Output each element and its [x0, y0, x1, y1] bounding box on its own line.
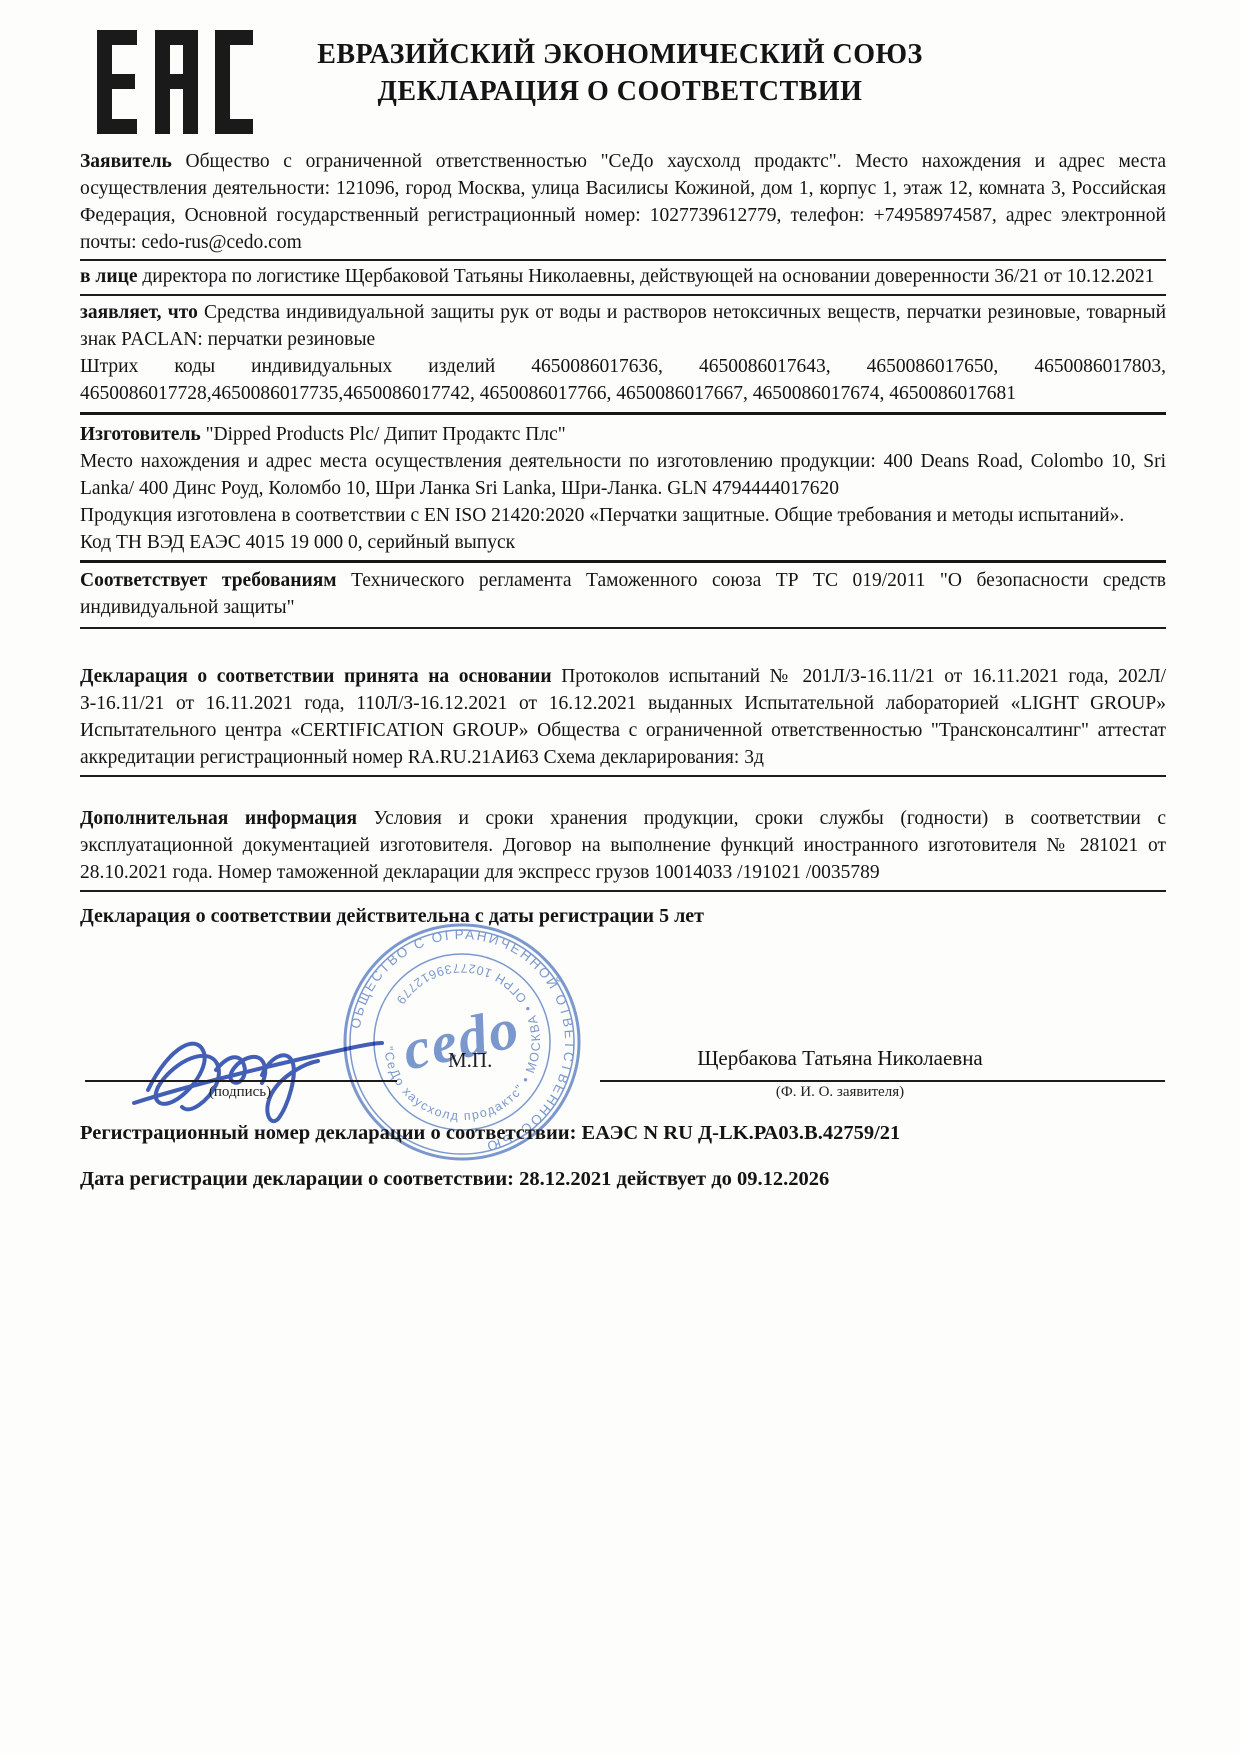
title-union: ЕВРАЗИЙСКИЙ ЭКОНОМИЧЕСКИЙ СОЮЗ [0, 36, 1240, 73]
stamp-center-logo: cedo [397, 995, 525, 1083]
manufacturer-address: Место нахождения и адрес места осуществл… [80, 448, 1166, 502]
spacer [80, 629, 1166, 663]
svg-text:"СеДо хаусхолд продактс" • МОС: "СеДо хаусхолд продактс" • МОСКВА • ОГРН… [381, 961, 543, 1123]
fio-line [600, 1080, 1165, 1082]
manufacturer-label: Изготовитель [80, 424, 201, 445]
section-manufacturer: Изготовитель "Dipped Products Plc/ Дипит… [80, 415, 1166, 563]
section-applicant: Заявитель Общество с ограниченной ответс… [80, 148, 1166, 261]
stamp-inner-text: "СеДо хаусхолд продактс" • МОСКВА • ОГРН… [381, 961, 543, 1123]
applicant-text: Общество с ограниченной ответственностью… [80, 151, 1166, 253]
manufacturer-name: "Dipped Products Plc/ Дипит Продактс Плс… [206, 424, 566, 445]
section-declares: заявляет, что Средства индивидуальной за… [80, 296, 1166, 415]
section-in-person: в лице директора по логистике Щербаковой… [80, 261, 1166, 296]
declares-barcodes: Штрих коды индивидуальных изделий 465008… [80, 353, 1166, 407]
stamp-place-label: М.П. [448, 1048, 492, 1073]
manufacturer-tnved: Код ТН ВЭД ЕАЭС 4015 19 000 0, серийный … [80, 529, 1166, 556]
signature-line [85, 1080, 397, 1082]
stamp-outer-text: ОБЩЕСТВО С ОГРАНИЧЕННОЙ ОТВЕТСТВЕННОСТЬЮ [348, 927, 577, 1155]
in-person-label: в лице [80, 266, 137, 287]
spacer [80, 777, 1166, 805]
applicant-fio: Щербакова Татьяна Николаевна [600, 1046, 1080, 1071]
basis-label: Декларация о соответствии принята на осн… [80, 666, 552, 687]
document-title: ЕВРАЗИЙСКИЙ ЭКОНОМИЧЕСКИЙ СОЮЗ ДЕКЛАРАЦИ… [0, 36, 1240, 110]
declares-text: Средства индивидуальной защиты рук от во… [80, 302, 1166, 350]
signature-scrawl [120, 1015, 420, 1125]
svg-text:ОБЩЕСТВО С ОГРАНИЧЕННОЙ ОТВЕТС: ОБЩЕСТВО С ОГРАНИЧЕННОЙ ОТВЕТСТВЕННОСТЬЮ [348, 927, 577, 1155]
complies-label: Соответствует требованиям [80, 570, 337, 591]
validity-statement: Декларация о соответствии действительна … [80, 892, 1166, 930]
section-complies: Соответствует требованиям Технического р… [80, 563, 1166, 629]
in-person-text: директора по логистике Щербаковой Татьян… [142, 266, 1154, 287]
declares-label: заявляет, что [80, 302, 198, 323]
additional-info-label: Дополнительная информация [80, 808, 357, 829]
section-basis: Декларация о соответствии принята на осн… [80, 663, 1166, 777]
declaration-document: ЕВРАЗИЙСКИЙ ЭКОНОМИЧЕСКИЙ СОЮЗ ДЕКЛАРАЦИ… [0, 0, 1240, 1753]
manufacturer-standard: Продукция изготовлена в соответствии с E… [80, 502, 1166, 529]
title-declaration: ДЕКЛАРАЦИЯ О СООТВЕТСТВИИ [0, 73, 1240, 110]
document-body: Заявитель Общество с ограниченной ответс… [80, 148, 1166, 930]
fio-caption: (Ф. И. О. заявителя) [600, 1084, 1080, 1101]
registration-date-line: Дата регистрации декларации о соответств… [80, 1168, 1166, 1191]
section-additional-info: Дополнительная информация Условия и срок… [80, 805, 1166, 892]
applicant-label: Заявитель [80, 151, 172, 172]
signature-caption: (подпись) [150, 1084, 330, 1101]
registration-number-line: Регистрационный номер декларации о соотв… [80, 1122, 1166, 1145]
